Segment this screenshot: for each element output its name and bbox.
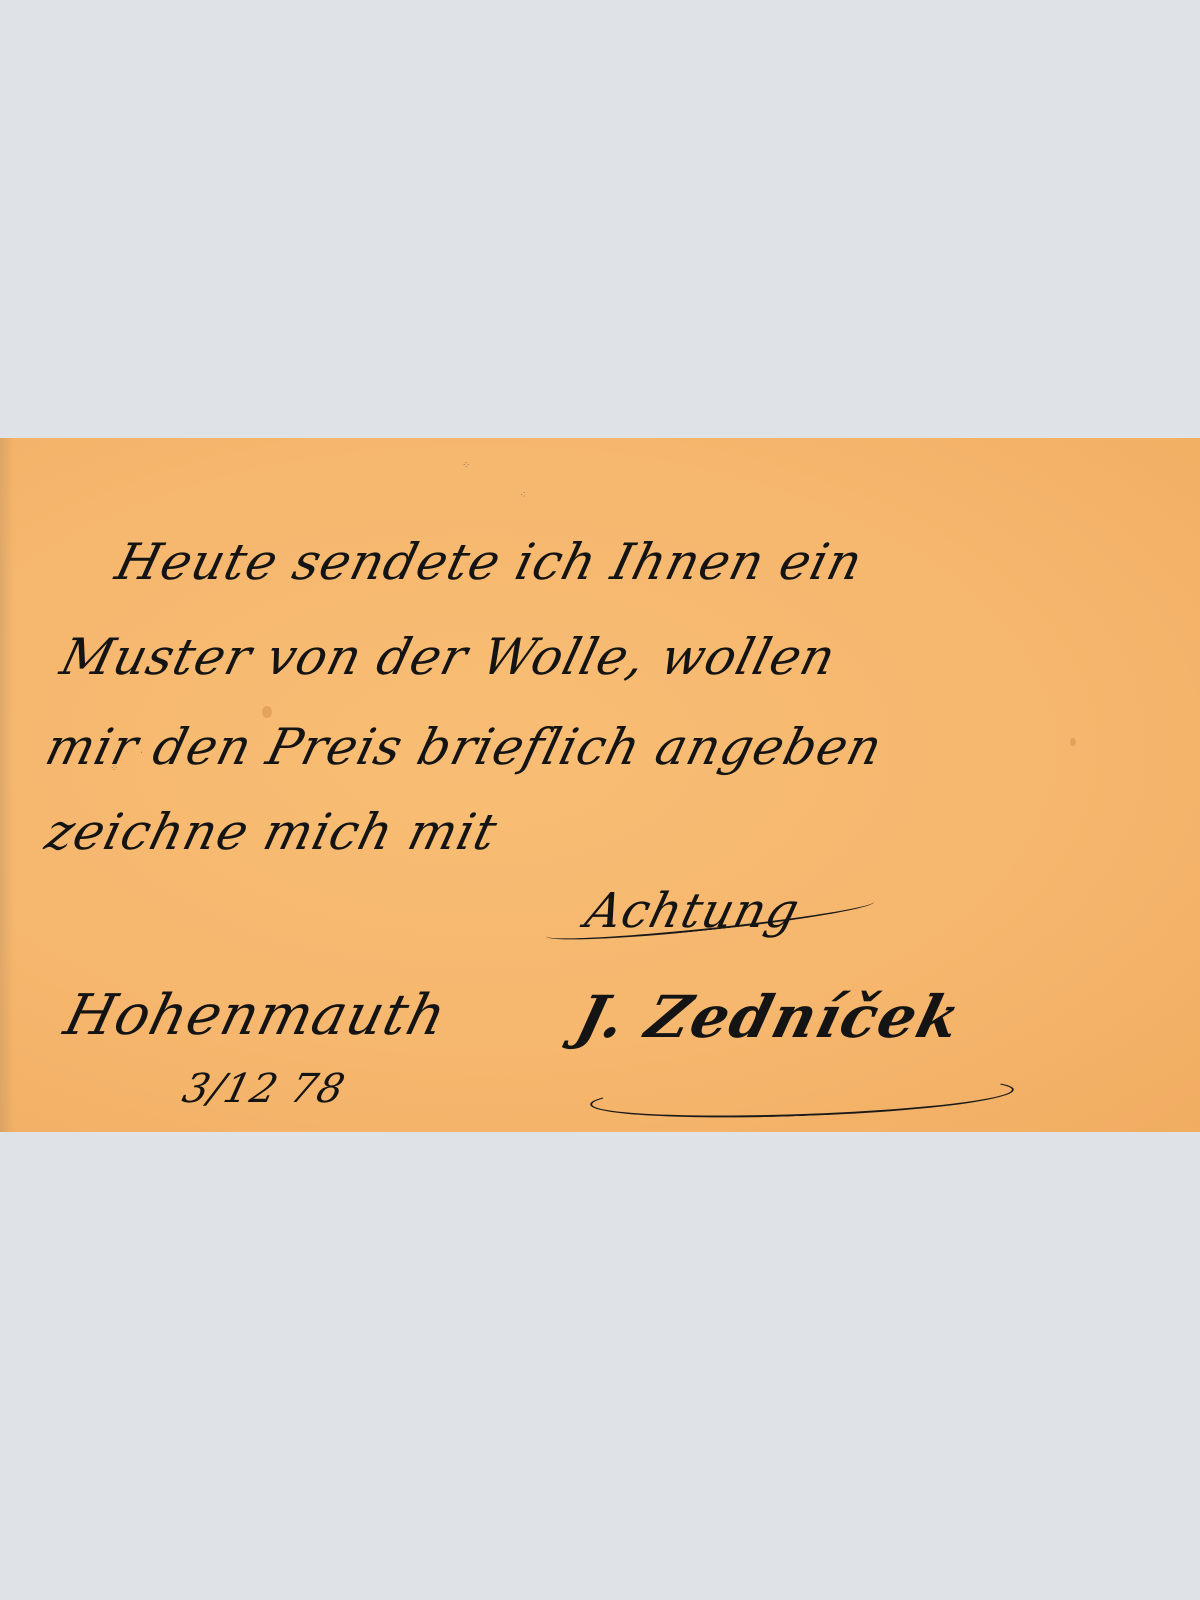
letter-line-1: Heute sendete ich Ihnen ein	[110, 533, 869, 591]
letter-line-4: zeichne mich mit	[40, 803, 503, 861]
signature-flourish	[589, 1071, 1014, 1124]
closing-text: Achtung	[580, 883, 805, 939]
letter-line-2: Muster von der Wolle, wollen	[55, 628, 842, 686]
signature: J. Zedníček	[570, 983, 969, 1051]
letter-line-3: mir den Preis brieflich angeben	[40, 718, 889, 776]
postmark-speck: ⁖	[520, 490, 526, 501]
date: 3/12 78	[178, 1066, 350, 1112]
place-name: Hohenmauth	[58, 983, 453, 1048]
stain	[262, 706, 272, 718]
postmark-speck: ⁘	[462, 460, 470, 471]
stain	[1070, 738, 1076, 746]
postcard: ⁘ ⁖ ⁘ · Heute sendete ich Ihnen ein Must…	[0, 438, 1200, 1132]
